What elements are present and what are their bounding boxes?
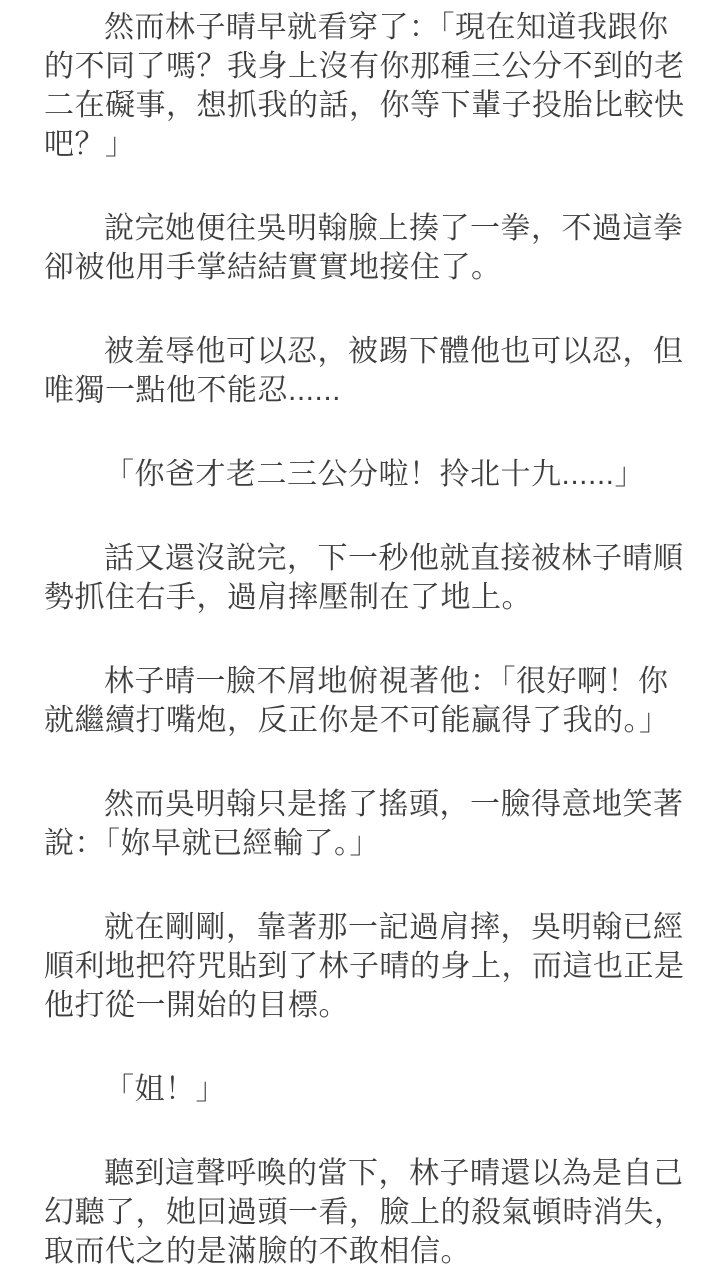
paragraph: 話又還沒說完，下一秒他就直接被林子晴順勢抓住右手，過肩摔壓制在了地上。 [44, 539, 690, 617]
paragraph: 說完她便往吳明翰臉上揍了一拳，不過這拳卻被他用手掌結結實實地接住了。 [44, 209, 690, 287]
paragraph: 然而吳明翰只是搖了搖頭，一臉得意地笑著說：「妳早就已經輸了。」 [44, 785, 690, 863]
paragraph: 「姐！」 [44, 1070, 690, 1109]
paragraph: 就在剛剛，靠著那一記過肩摔，吳明翰已經順利地把符咒貼到了林子晴的身上，而這也正是… [44, 908, 690, 1025]
paragraph: 被羞辱他可以忍，被踢下體他也可以忍，但唯獨一點他不能忍...... [44, 332, 690, 410]
paragraph: 林子晴一臉不屑地俯視著他：「很好啊！你就繼續打嘴炮，反正你是不可能贏得了我的。」 [44, 662, 690, 740]
paragraph: 「你爸才老二三公分啦！拎北十九......」 [44, 455, 690, 494]
paragraph: 聽到這聲呼喚的當下，林子晴還以為是自己幻聽了，她回過頭一看，臉上的殺氣頓時消失，… [44, 1154, 690, 1271]
story-page: 然而林子晴早就看穿了：「現在知道我跟你的不同了嗎？我身上沒有你那種三公分不到的老… [0, 0, 728, 1279]
paragraph: 然而林子晴早就看穿了：「現在知道我跟你的不同了嗎？我身上沒有你那種三公分不到的老… [44, 8, 690, 164]
